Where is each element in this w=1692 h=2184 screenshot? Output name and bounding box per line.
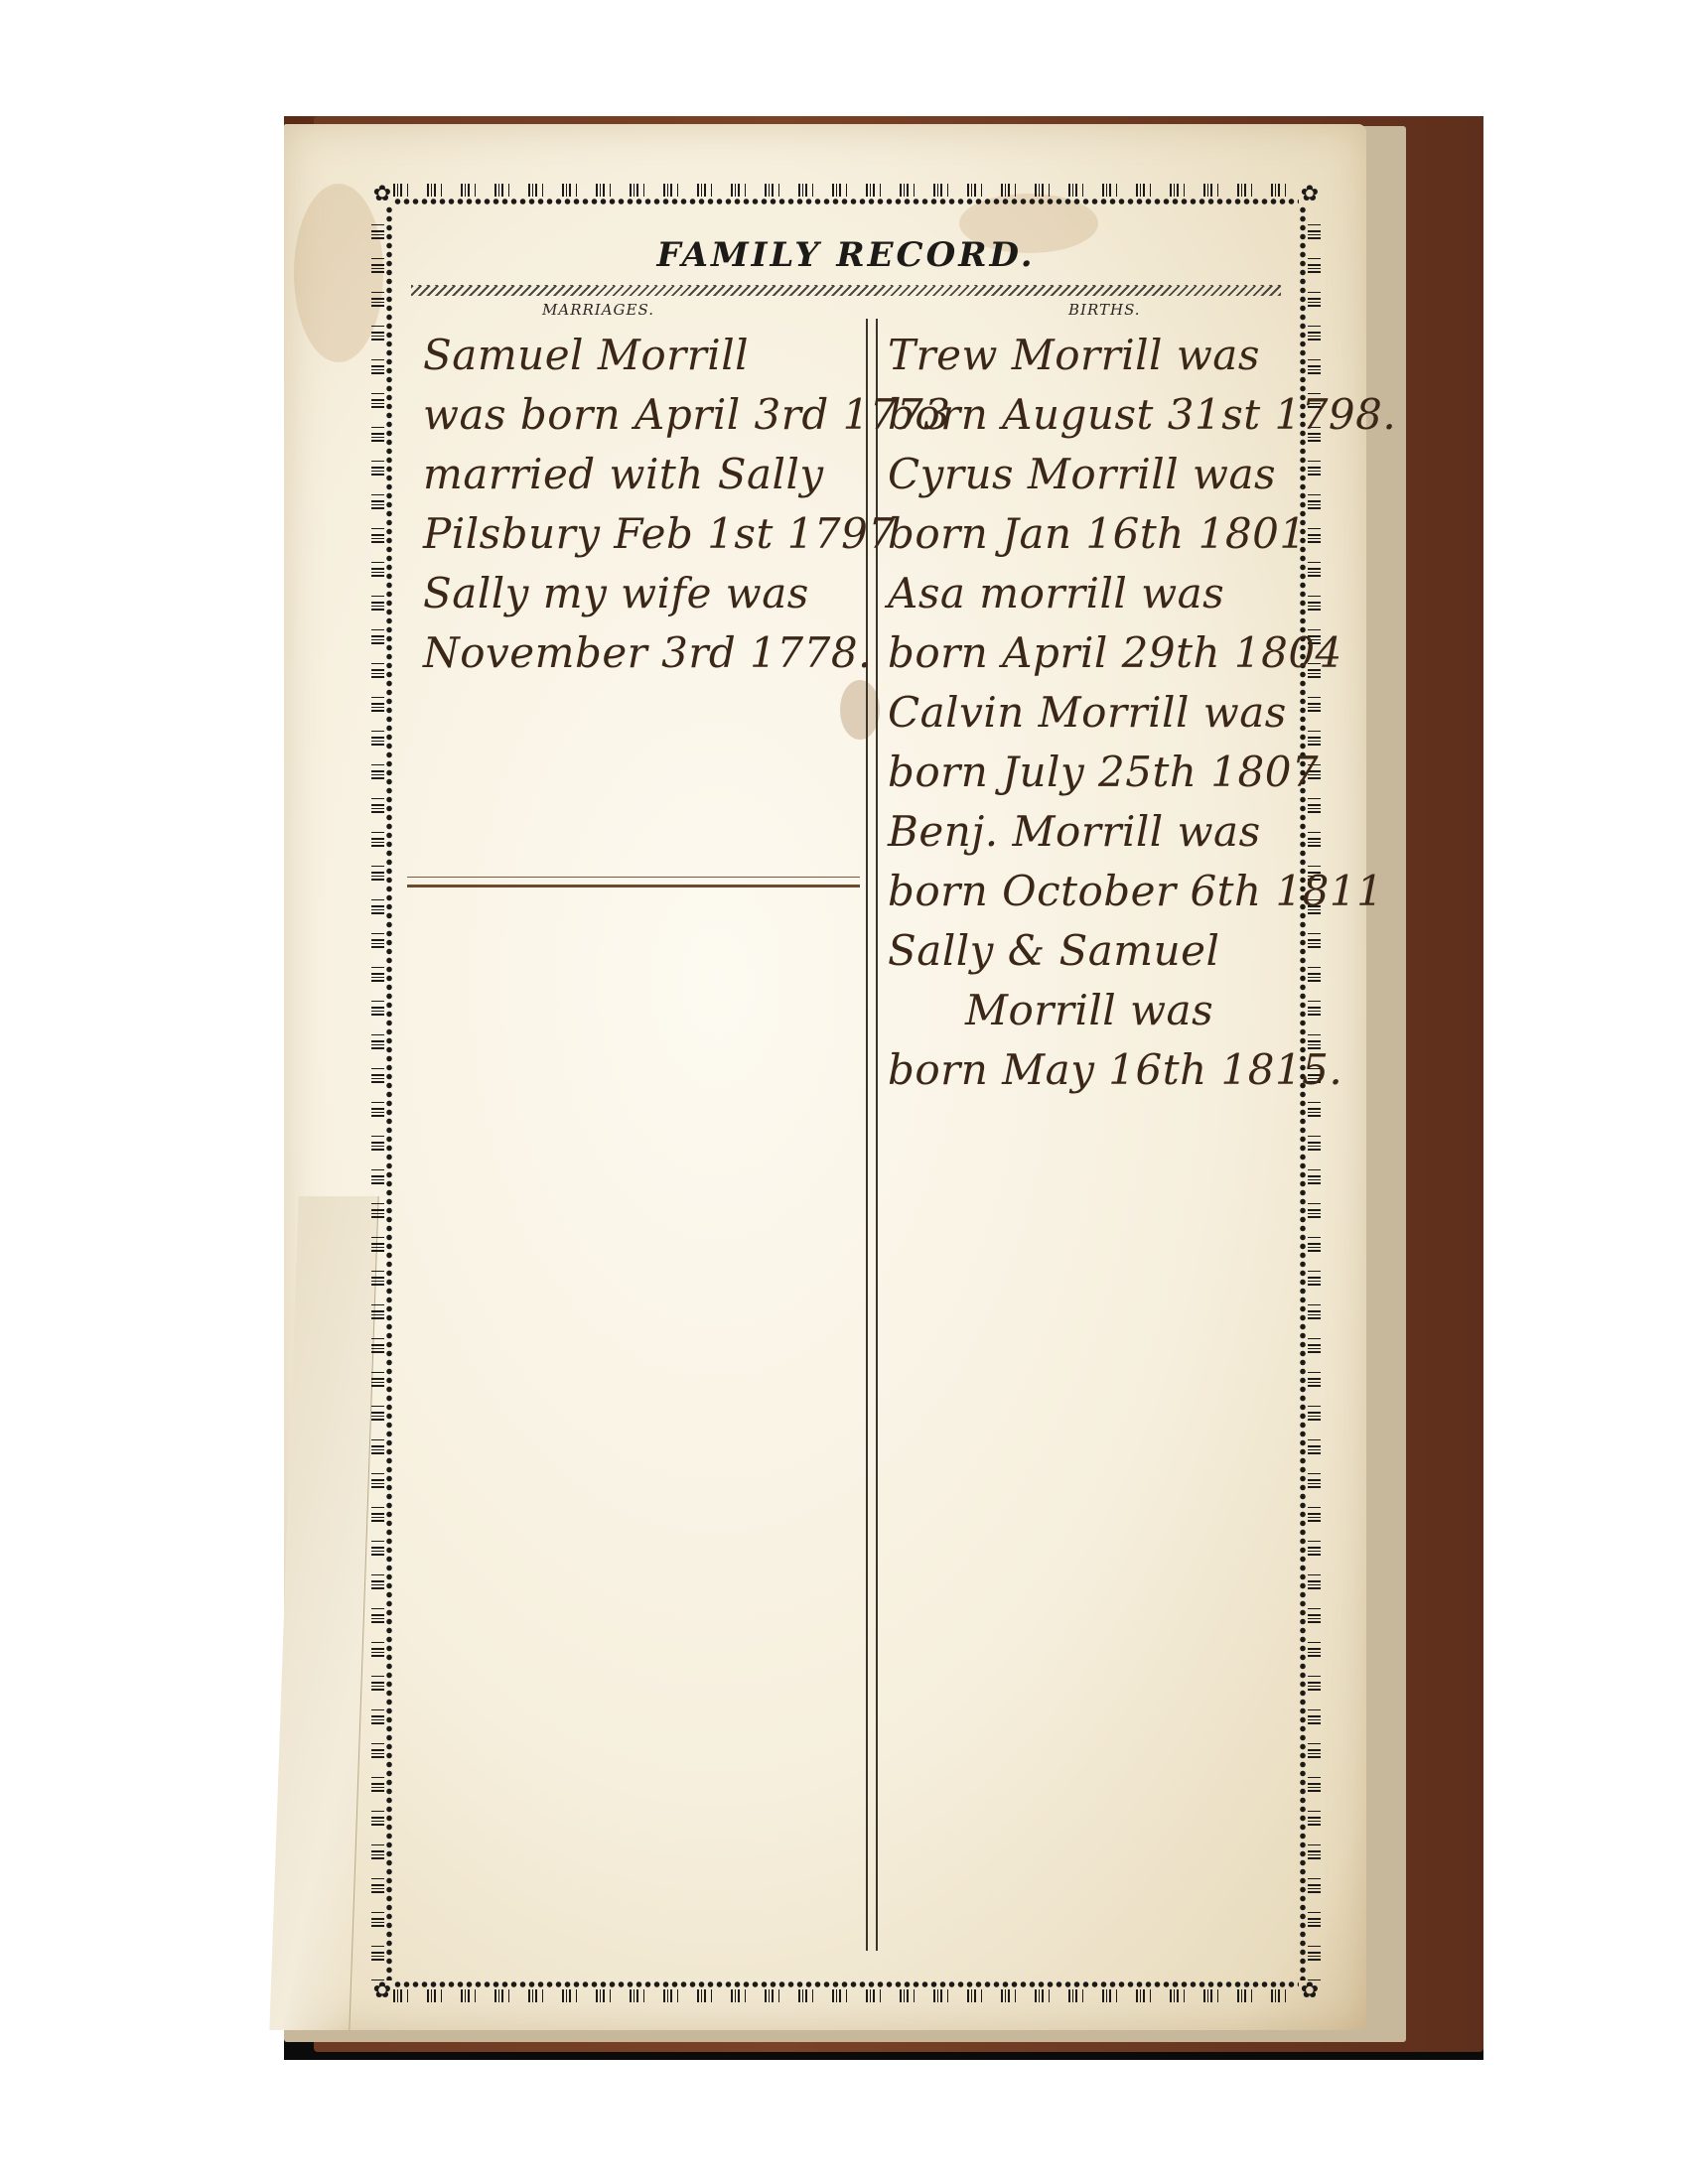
handwritten-line: Samuel Morrill bbox=[423, 327, 950, 386]
border-top bbox=[393, 184, 1299, 205]
book: ✿ ✿ ✿ ✿ FAMILY RECORD. MARRIAGES. BIRTHS… bbox=[284, 116, 1483, 2060]
marriages-end-rule bbox=[407, 877, 860, 878]
handwritten-line: Morrill was bbox=[888, 982, 1396, 1041]
handwritten-line: Calvin Morrill was bbox=[888, 684, 1396, 744]
handwritten-line: Benj. Morrill was bbox=[888, 803, 1396, 863]
marriages-end-rule-thick bbox=[407, 885, 860, 887]
flower-ornament-icon: ✿ bbox=[370, 1979, 394, 2003]
handwritten-line: Asa morrill was bbox=[888, 565, 1396, 624]
paper-stain bbox=[294, 184, 383, 362]
border-bottom bbox=[393, 1980, 1299, 2002]
page-fold bbox=[269, 1196, 378, 2030]
wavy-divider bbox=[411, 285, 1281, 296]
births-entries: Trew Morrill was born August 31st 1798. … bbox=[888, 327, 1396, 1101]
handwritten-line: born Jan 16th 1801 bbox=[888, 505, 1396, 565]
ornamental-frame: ✿ ✿ ✿ ✿ FAMILY RECORD. MARRIAGES. BIRTHS… bbox=[371, 184, 1321, 2002]
border-left bbox=[371, 205, 393, 1980]
record-body: FAMILY RECORD. MARRIAGES. BIRTHS. Samuel… bbox=[403, 215, 1289, 1971]
handwritten-line: married with Sally bbox=[423, 446, 950, 505]
handwritten-line: born May 16th 1815. bbox=[888, 1041, 1396, 1101]
handwritten-line: born July 25th 1807 bbox=[888, 744, 1396, 803]
flower-ornament-icon: ✿ bbox=[1298, 183, 1322, 206]
handwritten-line: Pilsbury Feb 1st 1797 bbox=[423, 505, 950, 565]
marriages-heading: MARRIAGES. bbox=[542, 301, 654, 319]
handwritten-line: Sally & Samuel bbox=[888, 922, 1396, 982]
handwritten-line: born August 31st 1798. bbox=[888, 386, 1396, 446]
handwritten-line: was born April 3rd 1773 bbox=[423, 386, 950, 446]
marriages-entries: Samuel Morrill was born April 3rd 1773 m… bbox=[423, 327, 950, 684]
handwritten-line: November 3rd 1778. bbox=[423, 624, 950, 684]
handwritten-line: Sally my wife was bbox=[423, 565, 950, 624]
births-heading: BIRTHS. bbox=[1068, 301, 1141, 319]
handwritten-line: Cyrus Morrill was bbox=[888, 446, 1396, 505]
flower-ornament-icon: ✿ bbox=[1298, 1979, 1322, 2003]
family-record-page: ✿ ✿ ✿ ✿ FAMILY RECORD. MARRIAGES. BIRTHS… bbox=[284, 124, 1366, 2030]
flower-ornament-icon: ✿ bbox=[370, 183, 394, 206]
handwritten-line: born April 29th 1804 bbox=[888, 624, 1396, 684]
page-title: FAMILY RECORD. bbox=[403, 235, 1289, 275]
handwritten-line: Trew Morrill was bbox=[888, 327, 1396, 386]
handwritten-line: born October 6th 1811 bbox=[888, 863, 1396, 922]
